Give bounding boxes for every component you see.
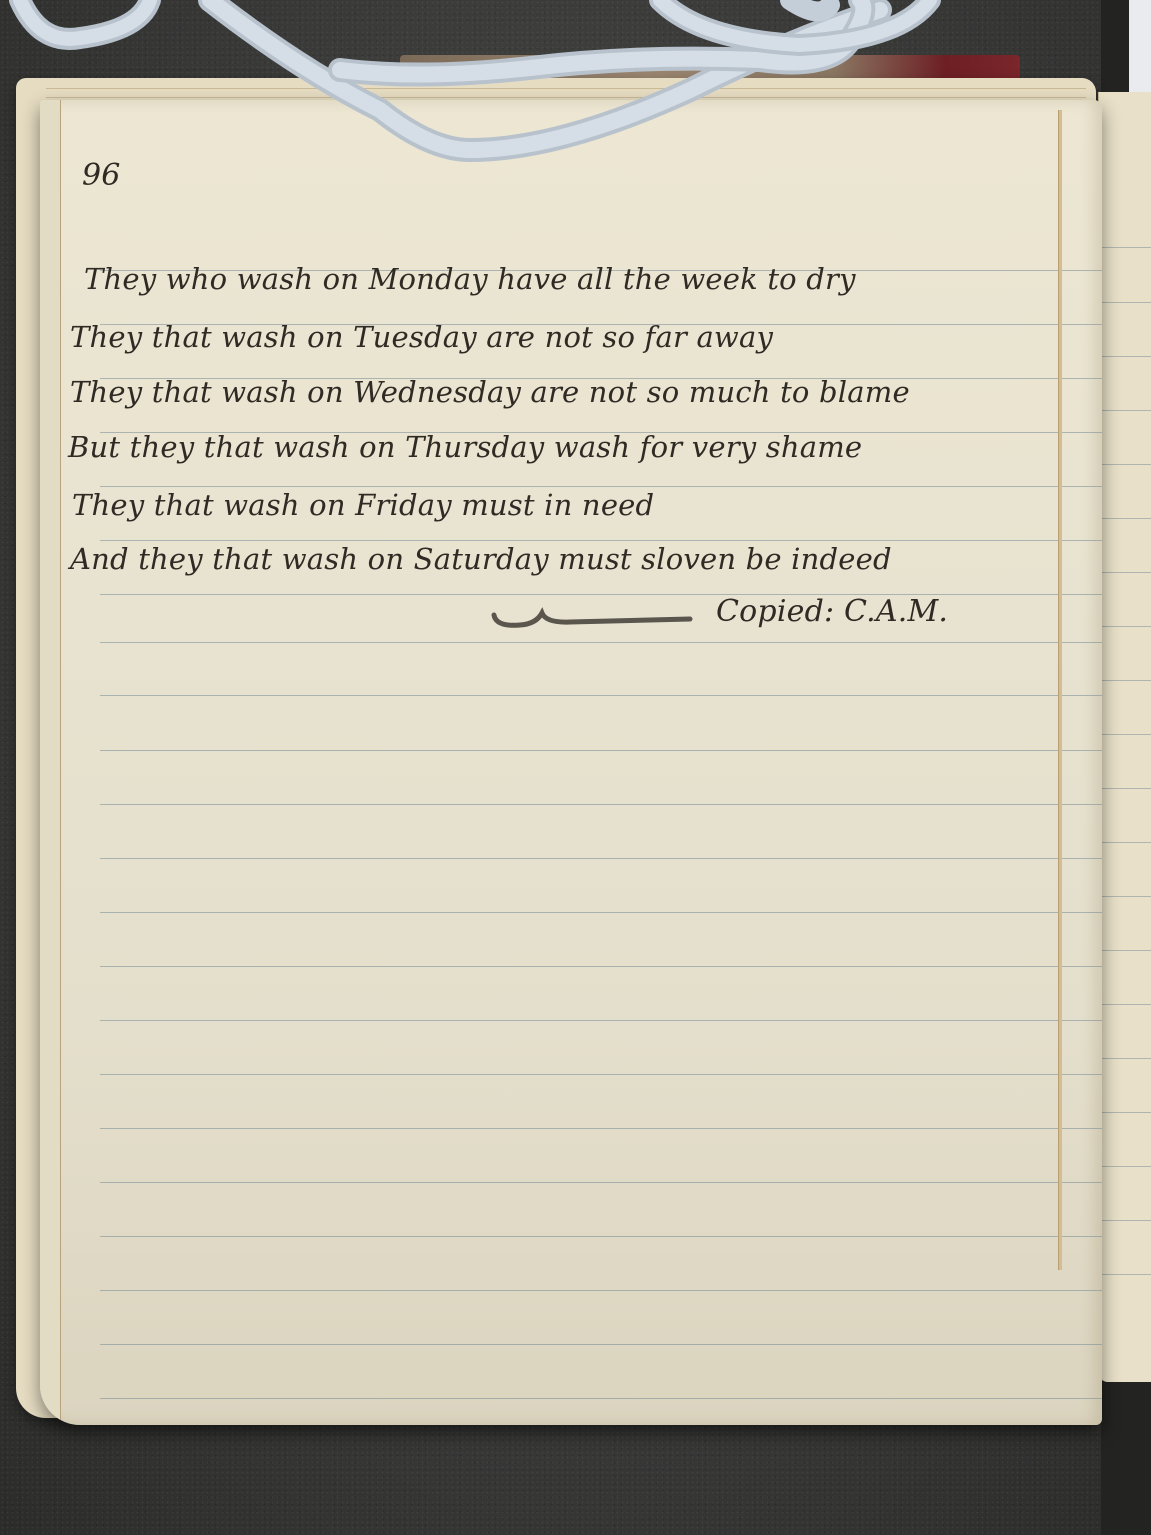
poem-line-3: They that wash on Wednesday are not so m… (70, 375, 910, 409)
poem-line-5: They that wash on Friday must in need (72, 488, 654, 522)
poem-line-6: And they that wash on Saturday must slov… (70, 542, 892, 576)
attribution: Copied: C.A.M. (716, 594, 948, 629)
poem-line-2: They that wash on Tuesday are not so far… (70, 320, 773, 354)
page-edge (40, 100, 61, 1425)
poem-line-4: But they that wash on Thursday wash for … (68, 430, 862, 464)
facing-page (1098, 92, 1151, 1382)
bookmark-cord (0, 0, 1151, 170)
notebook-page (40, 100, 1102, 1425)
flourish-dash (490, 607, 710, 637)
poem-line-1: They who wash on Monday have all the wee… (84, 262, 856, 296)
binding-thread (1058, 110, 1062, 1270)
